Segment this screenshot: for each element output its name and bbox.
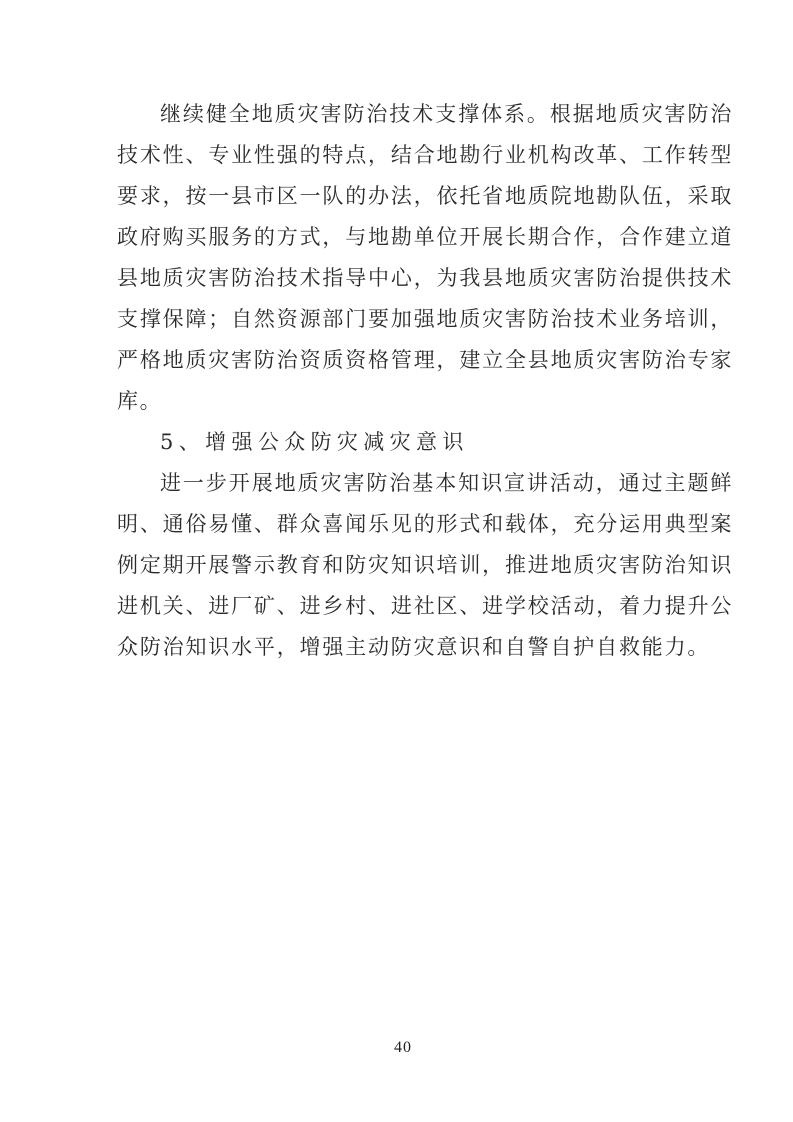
paragraph-line: 支撑保障；自然资源部门要加强地质灾害防治技术业务培训， [117,299,733,340]
paragraph-line: 例定期开展警示教育和防灾知识培训，推进地质灾害防治知识 [117,545,733,586]
paragraph-line: 县地质灾害防治技术指导中心，为我县地质灾害防治提供技术 [117,258,733,299]
paragraph-line: 明、通俗易懂、群众喜闻乐见的形式和载体，充分运用典型案 [117,504,733,545]
paragraph-line: 继续健全地质灾害防治技术支撑体系。根据地质灾害防治 [117,94,733,135]
document-body: 继续健全地质灾害防治技术支撑体系。根据地质灾害防治 技术性、专业性强的特点，结合… [117,94,733,668]
page-number: 40 [13,1038,793,1058]
paragraph-last-line: 众防治知识水平，增强主动防灾意识和自警自护自救能力。 [117,627,733,668]
section-heading-text: 5、增强公众防灾减灾意识 [117,422,465,463]
body-paragraph-1: 继续健全地质灾害防治技术支撑体系。根据地质灾害防治 技术性、专业性强的特点，结合… [117,94,733,422]
paragraph-line: 政府购买服务的方式，与地勘单位开展长期合作，合作建立道 [117,217,733,258]
paragraph-line: 要求，按一县市区一队的办法，依托省地质院地勘队伍，采取 [117,176,733,217]
document-page: 继续健全地质灾害防治技术支撑体系。根据地质灾害防治 技术性、专业性强的特点，结合… [0,0,793,1122]
paragraph-line: 技术性、专业性强的特点，结合地勘行业机构改革、工作转型 [117,135,733,176]
section-heading: 5、增强公众防灾减灾意识 [117,422,733,463]
paragraph-line: 进机关、进厂矿、进乡村、进社区、进学校活动，着力提升公 [117,586,733,627]
body-paragraph-2: 进一步开展地质灾害防治基本知识宣讲活动，通过主题鲜 明、通俗易懂、群众喜闻乐见的… [117,463,733,668]
paragraph-line: 严格地质灾害防治资质资格管理，建立全县地质灾害防治专家 [117,340,733,381]
paragraph-line: 进一步开展地质灾害防治基本知识宣讲活动，通过主题鲜 [117,463,733,504]
paragraph-last-line: 库。 [117,381,733,422]
